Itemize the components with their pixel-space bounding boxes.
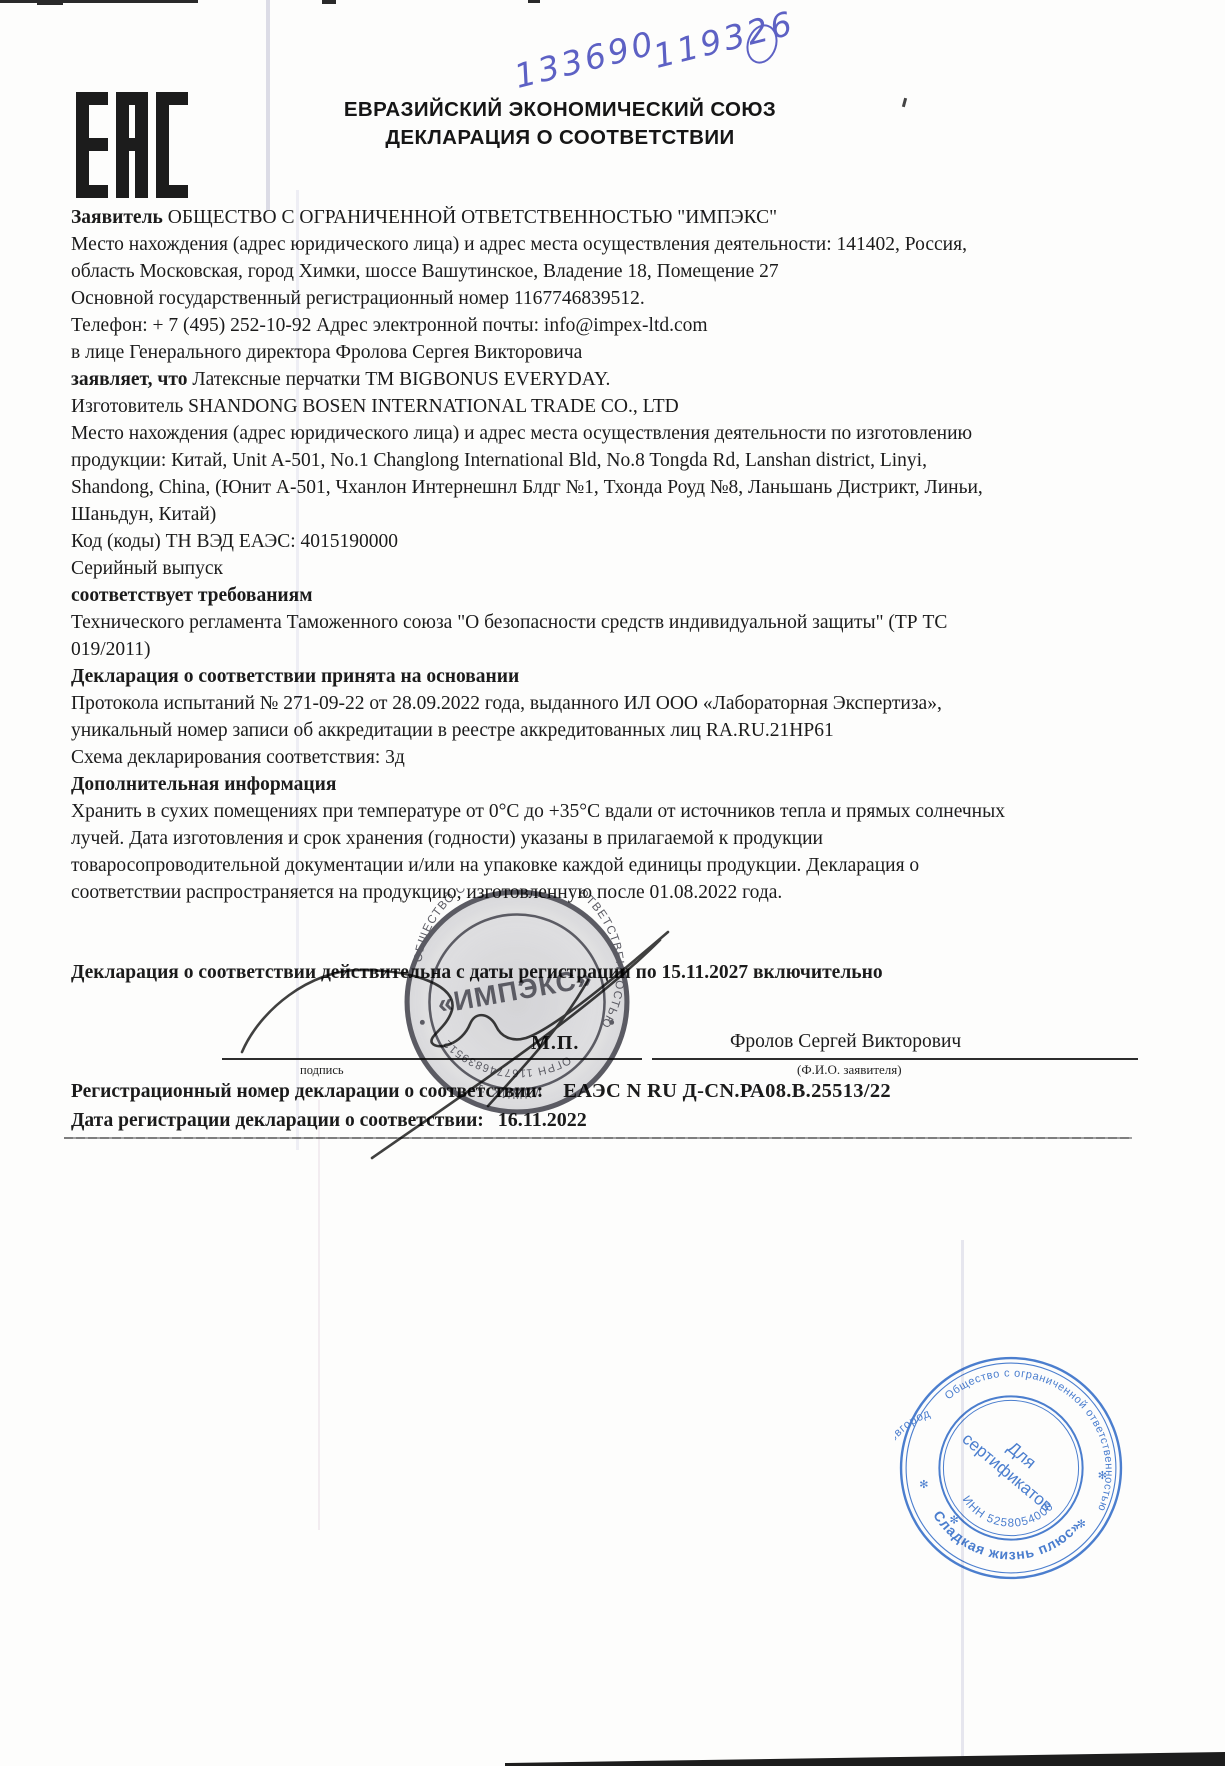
body-line-text: Место нахождения (адрес юридического лиц… [71,234,967,255]
scan-mark [322,0,336,4]
scan-mark [528,0,540,3]
body-line-text: ОБЩЕСТВО С ОГРАНИЧЕННОЙ ОТВЕТСТВЕННОСТЬЮ… [163,207,777,228]
scan-edge-top [0,0,198,3]
body-line: Shandong, China, (Юнит А-501, Чханлон Ин… [71,474,1171,501]
applicant-name: Фролов Сергей Викторович [730,1031,961,1053]
body-line-text: Хранить в сухих помещениях при температу… [71,801,1005,822]
body-line-text: Протокола испытаний № 271-09-22 от 28.09… [71,693,942,714]
body-line: Заявитель ОБЩЕСТВО С ОГРАНИЧЕННОЙ ОТВЕТС… [71,204,1171,231]
body-line-text: область Московская, город Химки, шоссе В… [71,261,779,282]
body-line-text: Shandong, China, (Юнит А-501, Чханлон Ин… [71,477,983,498]
body-line-text: лучей. Дата изготовления и срок хранения… [71,828,823,849]
fio-underline [652,1058,1138,1060]
body-line: Технического регламента Таможенного союз… [71,609,1171,636]
body-line: продукции: Китай, Unit A-501, No.1 Chang… [71,447,1171,474]
body-line-bold: соответствует требованиям [71,585,313,606]
body-line: Шаньдун, Китай) [71,501,1171,528]
body-line-bold: Декларация о соответствии принята на осн… [71,666,519,687]
body-line: 019/2011) [71,636,1171,663]
eac-mark-logo [76,92,188,198]
scan-mark [37,0,63,5]
body-line: соответствует требованиям [71,582,1171,609]
body-line: Место нахождения (адрес юридического лиц… [71,420,1171,447]
body-line-bold: Заявитель [71,207,163,228]
body-line-text: Код (коды) ТН ВЭД ЕАЭС: 4015190000 [71,531,398,552]
body-line: Место нахождения (адрес юридического лиц… [71,231,1171,258]
blue-stamp-star: ✻ [949,1514,958,1526]
body-line: Схема декларирования соответствия: 3д [71,744,1171,771]
body-line: Серийный выпуск [71,555,1171,582]
body-line: в лице Генерального директора Фролова Се… [71,339,1171,366]
body-line-bold: Дополнительная информация [71,774,336,795]
body-line: Телефон: + 7 (495) 252-10-92 Адрес элект… [71,312,1171,339]
body-line-text: продукции: Китай, Unit A-501, No.1 Chang… [71,450,927,471]
blue-stamp-star: ✻ [1098,1470,1107,1482]
body-line: товаросопроводительной документации и/ил… [71,852,1171,879]
body-line-text: Телефон: + 7 (495) 252-10-92 Адрес элект… [71,315,708,336]
body-line: Код (коды) ТН ВЭД ЕАЭС: 4015190000 [71,528,1171,555]
body-line-text: Шаньдун, Китай) [71,504,216,525]
body-line: Хранить в сухих помещениях при температу… [71,798,1171,825]
sweet-life-plus-stamp: Общество с ограниченной ответственностью… [895,1352,1127,1584]
body-line-text: в лице Генерального директора Фролова Се… [71,342,582,363]
fio-caption: (Ф.И.О. заявителя) [797,1062,902,1078]
scan-edge-bottom [0,1740,1225,1766]
declaration-document: ЕВРАЗИЙСКИЙ ЭКОНОМИЧЕСКИЙ СОЮЗ ДЕКЛАРАЦИ… [0,0,1225,1766]
body-line-text: Технического регламента Таможенного союз… [71,612,947,633]
body-line-text: 019/2011) [71,639,150,660]
body-line: уникальный номер записи об аккредитации … [71,717,1171,744]
handwritten-signature [190,920,710,1170]
document-title: ЕВРАЗИЙСКИЙ ЭКОНОМИЧЕСКИЙ СОЮЗ ДЕКЛАРАЦИ… [240,96,880,152]
declaration-body: Заявитель ОБЩЕСТВО С ОГРАНИЧЕННОЙ ОТВЕТС… [71,204,1171,906]
body-line-bold: заявляет, что [71,369,188,390]
body-line: лучей. Дата изготовления и срок хранения… [71,825,1171,852]
scan-speck [902,98,907,107]
body-line: Дополнительная информация [71,771,1171,798]
body-line-text: Схема декларирования соответствия: 3д [71,747,405,768]
blue-stamp-center-text: Для сертификатов [959,1411,1072,1515]
body-line-text: Изготовитель SHANDONG BOSEN INTERNATIONA… [71,396,679,417]
title-union: ЕВРАЗИЙСКИЙ ЭКОНОМИЧЕСКИЙ СОЮЗ [240,96,880,124]
body-line-text: Место нахождения (адрес юридического лиц… [71,423,972,444]
body-line-text: товаросопроводительной документации и/ил… [71,855,919,876]
blue-stamp-star: ✻ [919,1479,928,1491]
body-line: Основной государственный регистрационный… [71,285,1171,312]
title-declaration: ДЕКЛАРАЦИЯ О СООТВЕТСТВИИ [240,124,880,152]
body-line: область Московская, город Химки, шоссе В… [71,258,1171,285]
body-line-text: Основной государственный регистрационный… [71,288,645,309]
body-line: Декларация о соответствии принята на осн… [71,663,1171,690]
body-line-text: уникальный номер записи об аккредитации … [71,720,834,741]
body-line-text: Латексные перчатки ТМ BIGBONUS EVERYDAY. [188,369,611,390]
handwritten-number-1: 133690 [510,23,659,96]
body-line-text: Серийный выпуск [71,558,223,579]
blue-stamp-star: ✻ [1077,1519,1086,1531]
body-line: заявляет, что Латексные перчатки ТМ BIGB… [71,366,1171,393]
body-line: Изготовитель SHANDONG BOSEN INTERNATIONA… [71,393,1171,420]
body-line: Протокола испытаний № 271-09-22 от 28.09… [71,690,1171,717]
